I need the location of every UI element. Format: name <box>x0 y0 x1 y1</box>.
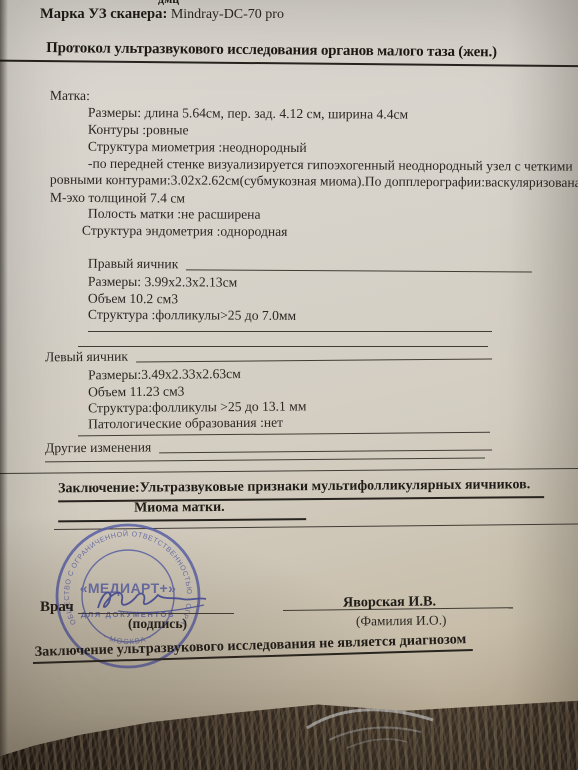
document-paper: дмц Марка УЗ сканера: Mindray-DC-70 pro … <box>0 0 578 770</box>
paper-shading <box>0 0 578 770</box>
photo-scene: дмц Марка УЗ сканера: Mindray-DC-70 pro … <box>0 0 578 770</box>
